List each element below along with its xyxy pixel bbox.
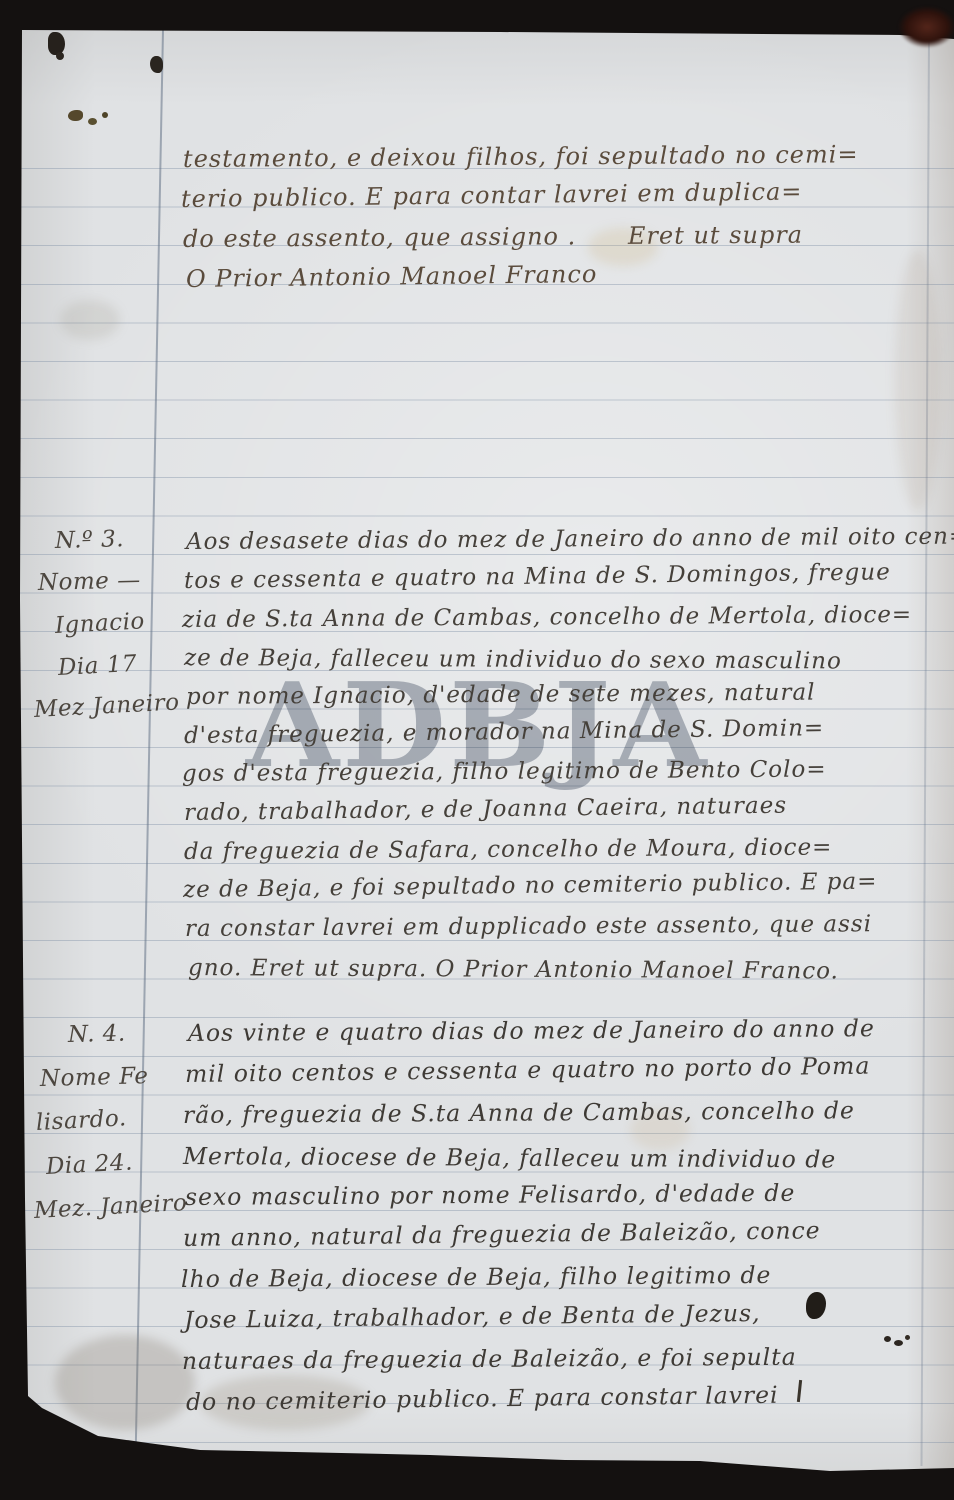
margin-annotation: N.º 3. <box>55 528 125 553</box>
scanned-register-page: ADBJA testamento, e deixou filhos, foi s… <box>0 0 954 1500</box>
manuscript-line: lho de Beja, diocese de Beja, filho legi… <box>181 1264 772 1292</box>
ink-speck <box>56 52 64 60</box>
ink-speck <box>48 32 65 55</box>
ink-speck <box>88 118 97 125</box>
manuscript-line: Mertola, diocese de Beja, falleceu um in… <box>183 1145 836 1172</box>
ink-speck <box>102 112 108 118</box>
ink-speck <box>905 1335 910 1340</box>
ink-speck <box>884 1336 891 1342</box>
manuscript-line: Jose Luiza, trabalhador, e de Benta de J… <box>184 1302 761 1333</box>
manuscript-line: gno. Eret ut supra. O Prior Antonio Mano… <box>188 957 839 983</box>
manuscript-line: da freguezia de Safara, concelho de Mour… <box>184 836 833 864</box>
manuscript-line: zia de S.ta Anna de Cambas, concelho de … <box>182 604 912 632</box>
ink-speck <box>150 56 163 73</box>
margin-annotation: lisardo. <box>35 1107 127 1135</box>
margin-annotation: N. 4. <box>68 1022 126 1047</box>
paper-sheet: ADBJA testamento, e deixou filhos, foi s… <box>0 0 954 1500</box>
manuscript-line: do este assento, que assigno . Eret ut s… <box>183 223 803 251</box>
manuscript-line: O Prior Antonio Manoel Franco <box>186 262 598 291</box>
manuscript-line: terio publico. E para contar lavrei em d… <box>181 179 803 211</box>
margin-annotation: Dia 17 <box>57 653 137 680</box>
manuscript-line: naturaes da freguezia de Baleizão, e foi… <box>182 1346 797 1374</box>
binding-stain <box>898 6 954 48</box>
margin-annotation: Nome Fe <box>40 1065 149 1091</box>
ink-speck <box>68 110 83 121</box>
margin-annotation: Nome — <box>38 569 141 595</box>
manuscript-line: testamento, e deixou filhos, foi sepulta… <box>183 142 859 171</box>
margin-annotation: Ignacio <box>54 610 145 638</box>
manuscript-line: rão, freguezia de S.ta Anna de Cambas, c… <box>183 1099 855 1127</box>
margin-annotation: Dia 24. <box>45 1151 133 1179</box>
manuscript-line: ze de Beja, falleceu um individuo do sex… <box>184 647 842 673</box>
manuscript-line: sexo masculino por nome Felisardo, d'eda… <box>185 1182 795 1210</box>
ink-speck <box>894 1340 903 1346</box>
manuscript-line: Aos vinte e quatro dias do mez de Janeir… <box>188 1017 875 1045</box>
paper-stain <box>895 250 940 510</box>
manuscript-line: por nome Ignacio, d'edade de sete mezes,… <box>186 682 816 709</box>
paper-stain <box>55 1335 195 1430</box>
manuscript-line: Aos desasete dias do mez de Janeiro do a… <box>186 526 954 554</box>
manuscript-line: ra constar lavrei em dupplicado este ass… <box>185 913 872 941</box>
manuscript-line: gos d'esta freguezia, filho legitimo de … <box>182 759 827 786</box>
paper-stain <box>60 300 120 340</box>
